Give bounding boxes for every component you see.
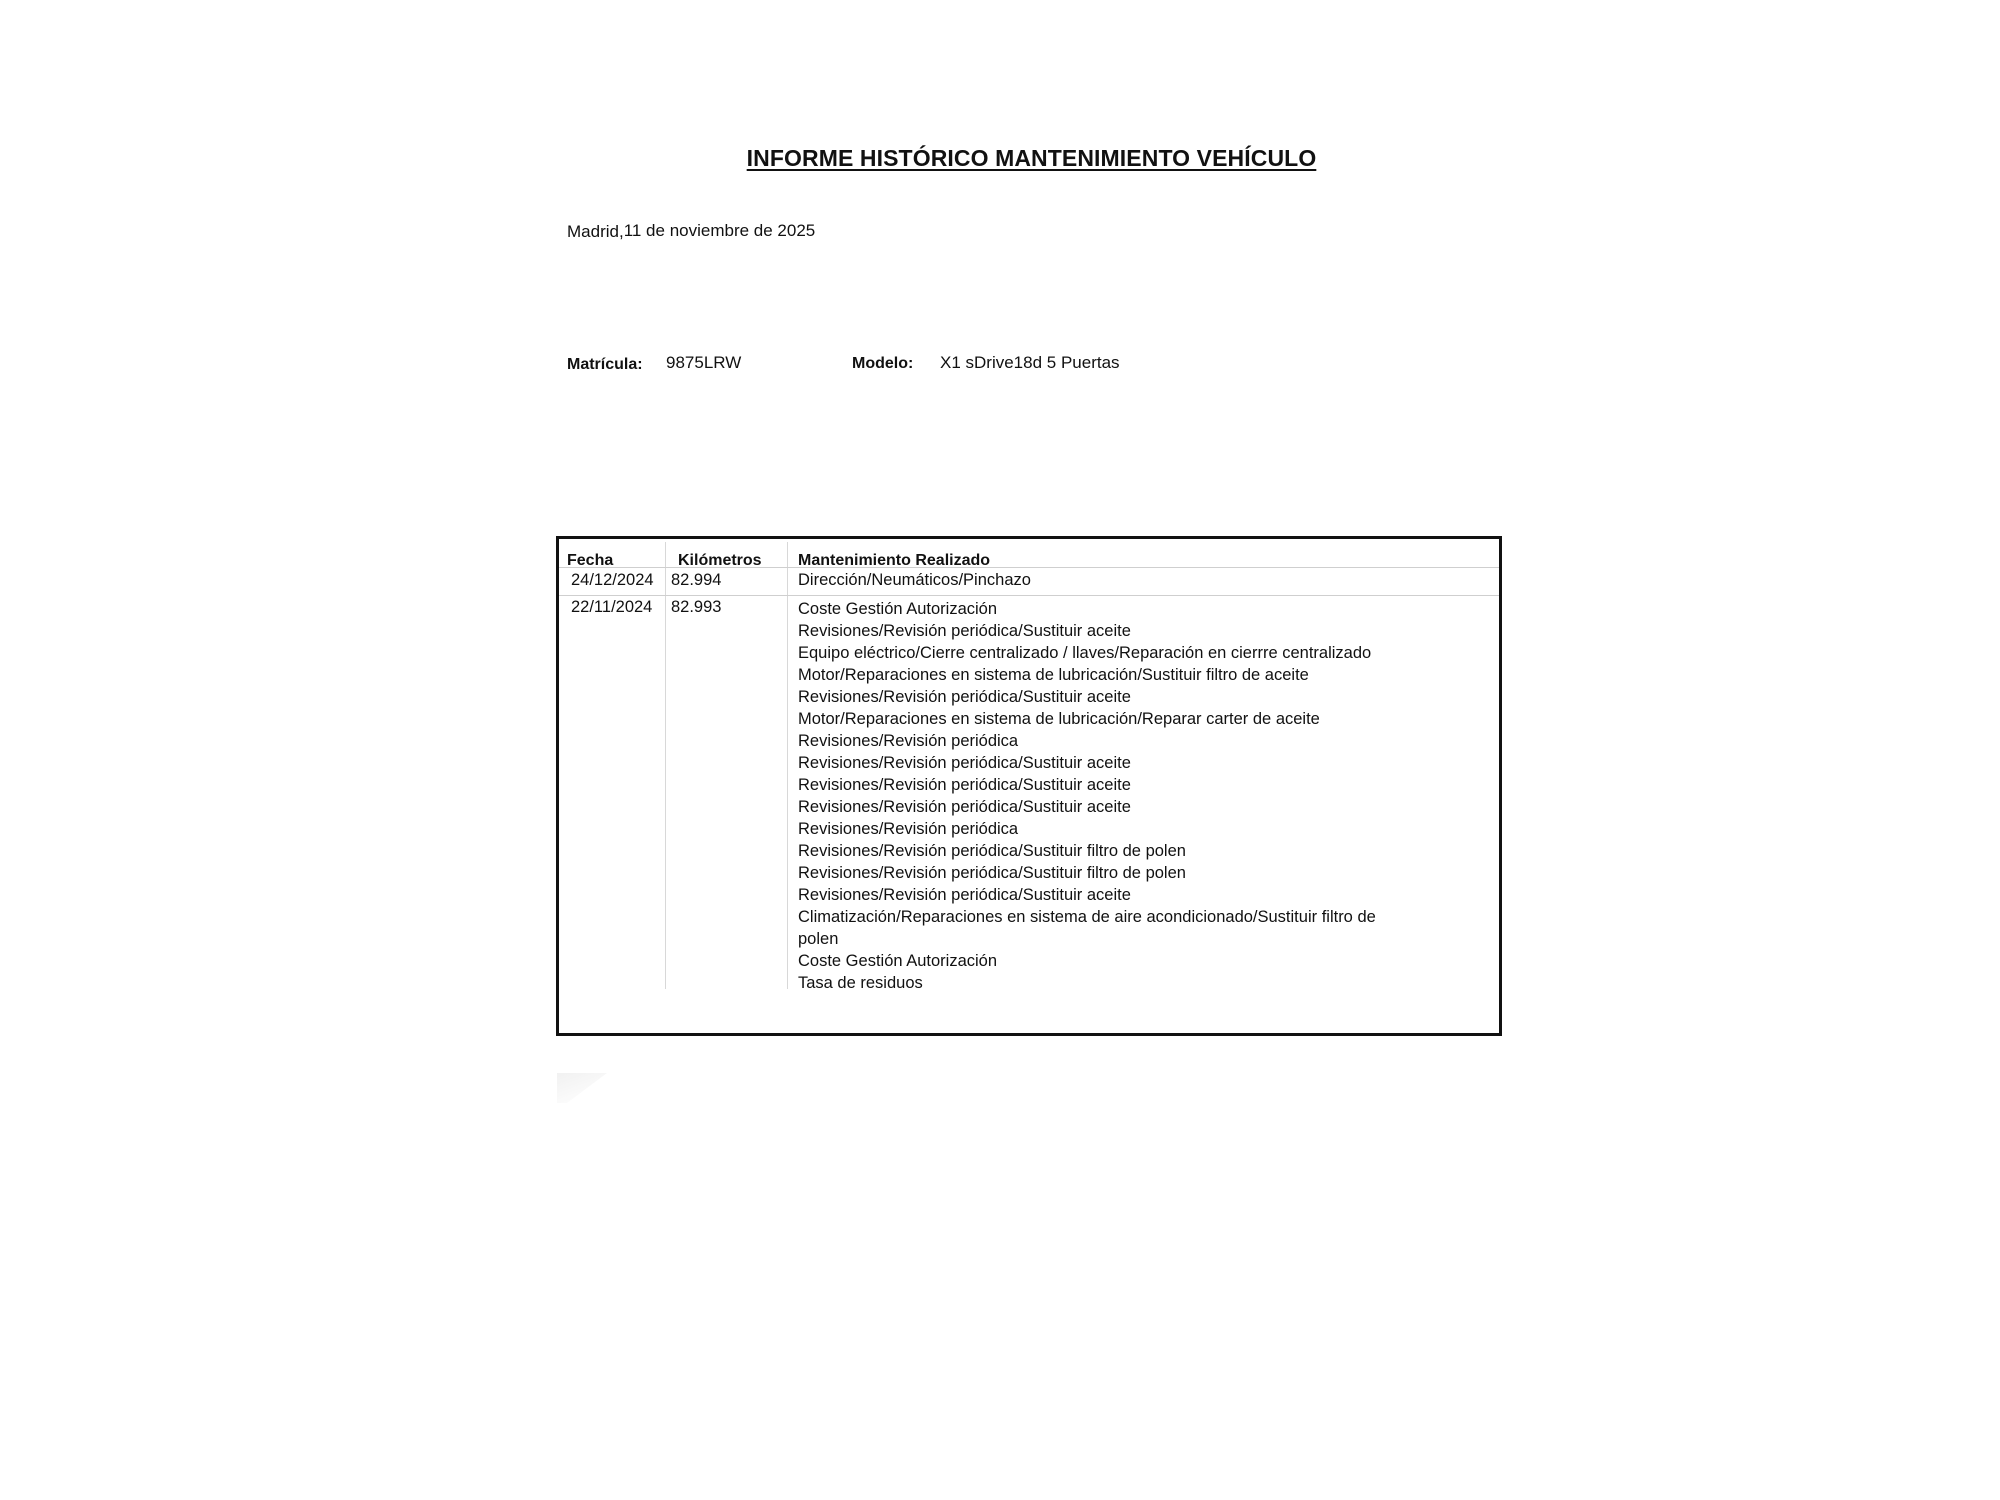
maintenance-item: Revisiones/Revisión periódica/Sustituir … xyxy=(798,620,1388,642)
row-2-date: 22/11/2024 xyxy=(571,596,652,618)
row-1-date: 24/12/2024 xyxy=(571,569,654,591)
maintenance-table: Fecha Kilómetros Mantenimiento Realizado… xyxy=(556,536,1502,1036)
plate-label: Matrícula: xyxy=(567,356,643,374)
maintenance-item: Revisiones/Revisión periódica/Sustituir … xyxy=(798,840,1388,862)
plate-value: 9875LRW xyxy=(666,353,741,373)
column-divider xyxy=(665,542,666,989)
maintenance-item: Motor/Reparaciones en sistema de lubrica… xyxy=(798,664,1388,686)
maintenance-item: Tasa de residuos xyxy=(798,972,1388,994)
report-title: INFORME HISTÓRICO MANTENIMIENTO VEHÍCULO xyxy=(0,145,2000,172)
maintenance-item: Climatización/Reparaciones en sistema de… xyxy=(798,906,1388,950)
scan-artifact xyxy=(557,1073,607,1103)
model-value: X1 sDrive18d 5 Puertas xyxy=(940,353,1120,373)
maintenance-item: Equipo eléctrico/Cierre centralizado / l… xyxy=(798,642,1388,664)
maintenance-item: Revisiones/Revisión periódica/Sustituir … xyxy=(798,862,1388,884)
row-1-km: 82.994 xyxy=(671,569,721,591)
header-mantenimiento: Mantenimiento Realizado xyxy=(798,552,990,570)
row-1-item: Dirección/Neumáticos/Pinchazo xyxy=(798,569,1031,591)
header-fecha: Fecha xyxy=(567,552,613,570)
date-line: Madrid,11 de noviembre de 2025 xyxy=(567,221,815,241)
maintenance-item: Revisiones/Revisión periódica/Sustituir … xyxy=(798,774,1388,796)
city-label: Madrid, xyxy=(567,222,624,241)
header-kilometros: Kilómetros xyxy=(678,552,762,570)
model-label: Modelo: xyxy=(852,355,913,373)
maintenance-item: Motor/Reparaciones en sistema de lubrica… xyxy=(798,708,1388,730)
maintenance-item: Revisiones/Revisión periódica/Sustituir … xyxy=(798,796,1388,818)
maintenance-item: Revisiones/Revisión periódica/Sustituir … xyxy=(798,752,1388,774)
maintenance-item: Revisiones/Revisión periódica xyxy=(798,818,1388,840)
maintenance-item: Revisiones/Revisión periódica/Sustituir … xyxy=(798,686,1388,708)
maintenance-item: Revisiones/Revisión periódica/Sustituir … xyxy=(798,884,1388,906)
row-2-km: 82.993 xyxy=(671,596,721,618)
row-2-items: Coste Gestión Autorización Revisiones/Re… xyxy=(798,598,1388,994)
column-divider xyxy=(787,542,788,989)
maintenance-item: Coste Gestión Autorización xyxy=(798,950,1388,972)
report-date: 11 de noviembre de 2025 xyxy=(624,221,816,240)
maintenance-item: Coste Gestión Autorización xyxy=(798,598,1388,620)
maintenance-item: Revisiones/Revisión periódica xyxy=(798,730,1388,752)
